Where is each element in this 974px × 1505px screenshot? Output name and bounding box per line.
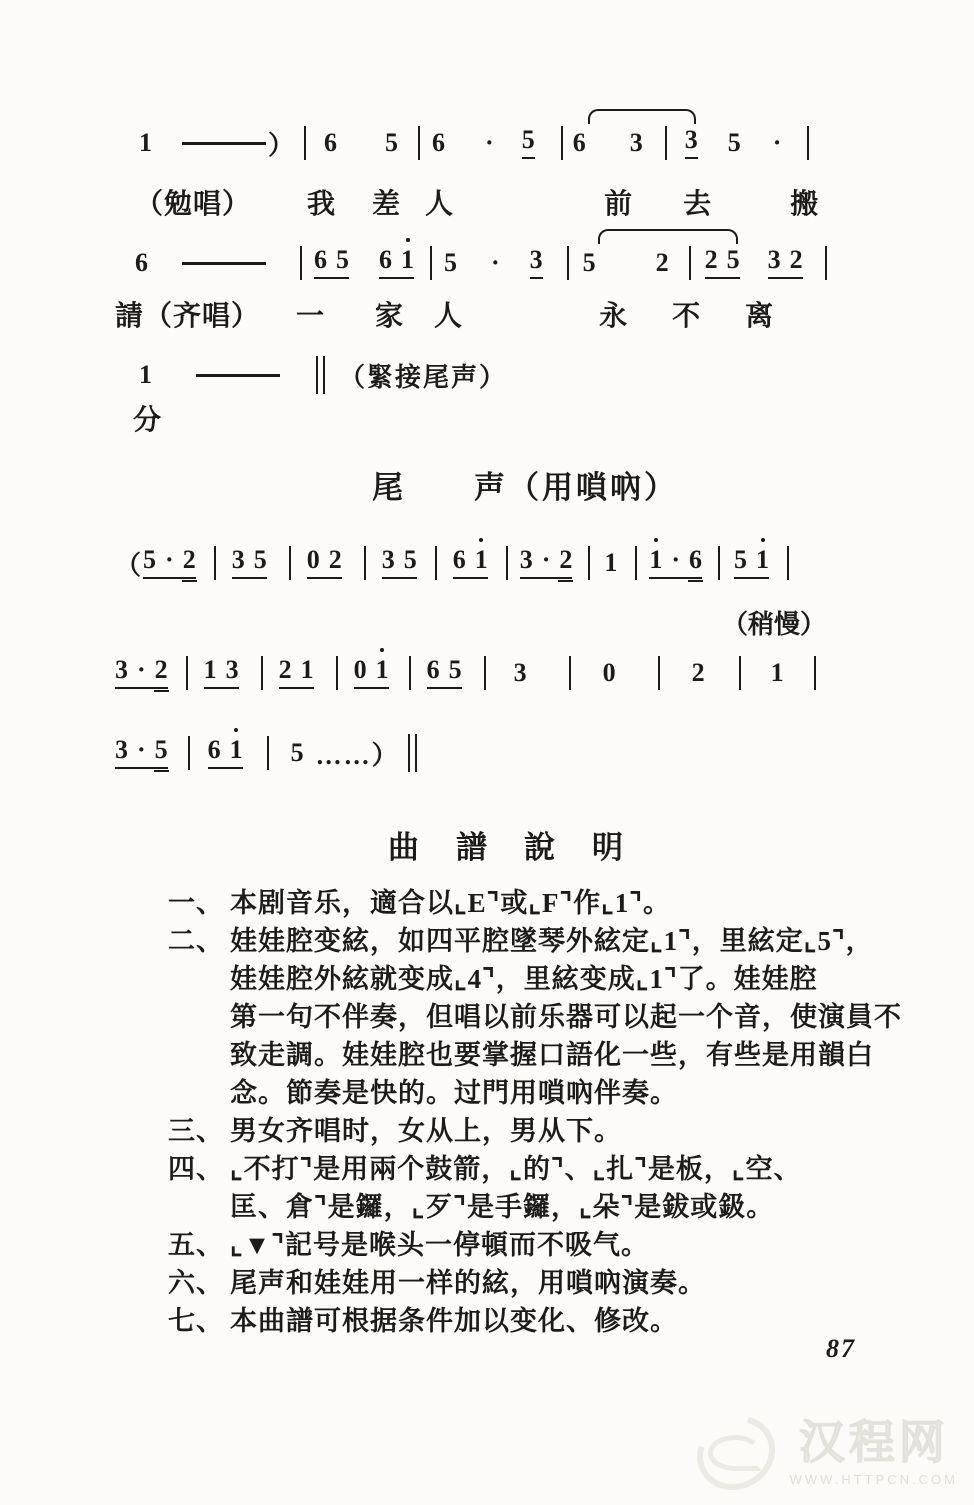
note-digit: 5: [449, 657, 462, 683]
score-text: （: [115, 545, 143, 582]
lyric-syllable: 搬: [790, 182, 819, 222]
barline: [430, 246, 432, 280]
list-item: 二、娃娃腔变絃，如四平腔墜琴外絃定⌞1⌝，里絃定⌞5⌝，娃娃腔外絃就变成⌞4⌝，…: [168, 922, 868, 1112]
score-text: ……）: [316, 735, 400, 772]
score-line-2-lyrics: 請（齐唱）一家人永不离: [115, 294, 774, 334]
note-group: 65: [427, 657, 462, 689]
barline: [364, 546, 366, 580]
note-digit: 2: [155, 657, 168, 683]
dot: ·: [671, 547, 680, 573]
note-digit: 6: [432, 130, 445, 156]
text-line: 尾声和娃娃用一样的絃，用嗩吶演奏。: [230, 1264, 868, 1302]
note-digit: 5: [254, 547, 267, 573]
list-item-text: 男女齐唱时，女从上，男从下。: [230, 1112, 868, 1150]
barline: [261, 656, 263, 690]
note-digit: 5: [444, 250, 457, 276]
list-item-text: ⌞▼⌝記号是喉头一停頓而不吸气。: [230, 1226, 868, 1264]
note-digit: 2: [279, 657, 292, 683]
coda-line-3: 3·5615……）: [115, 730, 417, 776]
list-item: 四、⌞不打⌝是用兩个鼓箭，⌞的⌝、⌞扎⌝是板，⌞空、匡、倉⌝是鑼，⌞歹⌝是手鑼，…: [168, 1150, 868, 1226]
note-digit: 5: [291, 740, 304, 766]
note-digit: 1: [204, 657, 217, 683]
watermark-brand: 汉程网: [799, 1420, 949, 1466]
note-group: 6: [432, 130, 445, 156]
sustain-dash: [182, 142, 266, 145]
lyric-syllable: 永: [599, 294, 628, 334]
barline: [336, 656, 338, 690]
barline: [188, 736, 190, 770]
barline: [300, 246, 302, 280]
lyric-syllable: 人: [425, 182, 454, 222]
barline: [304, 126, 306, 160]
tie-group: 225: [596, 246, 740, 280]
note-digit: 2: [692, 660, 705, 686]
note-digit: 6: [135, 250, 148, 276]
barline: [567, 246, 569, 280]
lyric-syllable: 前: [604, 182, 633, 222]
note-digit: 5: [155, 737, 168, 763]
list-item: 三、男女齐唱时，女从上，男从下。: [168, 1112, 868, 1150]
note-digit: 6: [689, 547, 702, 573]
lyric-syllable: 人: [434, 294, 463, 334]
lyric-syllable: 差: [372, 182, 401, 222]
note-group: 13: [204, 657, 239, 689]
note-digit: 5: [728, 130, 741, 156]
note-digit: 6: [453, 547, 466, 573]
barline: [718, 546, 720, 580]
text-line: ⌞▼⌝記号是喉头一停頓而不吸气。: [230, 1226, 868, 1264]
note-digit: 1: [756, 547, 769, 573]
barline: [484, 656, 486, 690]
barline: [787, 546, 789, 580]
note-group: 61: [453, 547, 488, 579]
score-line-3-notes: 1（緊接尾声）: [115, 352, 507, 398]
score-line-1-lyrics: （勉唱）我差人前去搬: [115, 182, 819, 222]
score-text: （緊接尾声）: [339, 357, 507, 394]
barline: [825, 246, 827, 280]
note-digit: 3: [520, 547, 533, 573]
note-group: 5·2: [143, 547, 196, 579]
note-group: 5: [728, 130, 741, 156]
list-item: 六、尾声和娃娃用一样的絃，用嗩吶演奏。: [168, 1264, 868, 1302]
note-digit: 2: [790, 247, 803, 273]
lyric-syllable: 請（齐唱）: [115, 294, 260, 334]
list-marker: 一、: [168, 884, 230, 922]
tie-group: 33: [586, 126, 698, 160]
note-group: 5: [522, 127, 535, 159]
note-group: 61: [379, 247, 414, 279]
note-group: ·: [491, 250, 500, 276]
text-line: 致走調。娃娃腔也要掌握口語化一些，有些是用韻白: [230, 1036, 902, 1074]
lyric-syllable: 分: [133, 398, 162, 438]
note-group: 35: [232, 547, 267, 579]
list-marker: 二、: [168, 922, 230, 1112]
text-line: 本曲譜可根据条件加以变化、修改。: [230, 1302, 868, 1340]
note-group: 5: [385, 130, 398, 156]
score-line-3-lyrics: 分: [115, 398, 162, 438]
text-line: 第一句不伴奏，但唱以前乐器可以起一个音，使演員不: [230, 998, 902, 1036]
note-group: 3: [514, 660, 527, 686]
dot: ·: [165, 547, 174, 573]
barline: [409, 656, 411, 690]
note-digit: 2: [656, 250, 669, 276]
text-line: 匡、倉⌝是鑼，⌞歹⌝是手鑼，⌞朵⌝是鈸或鈒。: [230, 1188, 868, 1226]
note-group: ·: [773, 130, 782, 156]
note-digit: 1: [139, 130, 152, 156]
barline: [635, 546, 637, 580]
barline: [739, 656, 741, 690]
barline: [807, 126, 809, 160]
note-group: 2: [656, 250, 669, 276]
lyric-syllable: 家: [375, 294, 404, 334]
text-line: 本剧音乐，適合以⌞E⌝或⌞F⌝作⌞1⌝。: [230, 884, 868, 922]
text-line: ⌞不打⌝是用兩个鼓箭，⌞的⌝、⌞扎⌝是板，⌞空、: [230, 1150, 868, 1188]
barline: [435, 546, 437, 580]
list-item-text: 娃娃腔变絃，如四平腔墜琴外絃定⌞1⌝，里絃定⌞5⌝，娃娃腔外絃就变成⌞4⌝，里絃…: [230, 922, 902, 1112]
note-group: 3: [530, 247, 543, 279]
note-digit: 6: [573, 130, 586, 156]
note-digit: 5: [143, 547, 156, 573]
dot: ·: [485, 130, 494, 156]
note-digit: 5: [522, 127, 535, 153]
barline: [214, 546, 216, 580]
note-digit: 5: [727, 247, 740, 273]
sustain-dash: [182, 262, 266, 265]
tempo-annotation: （稍慢）: [722, 604, 826, 641]
note-digit: 5: [734, 547, 747, 573]
tie-arc: [598, 229, 738, 244]
list-marker: 四、: [168, 1150, 230, 1226]
note-group: 6: [324, 130, 337, 156]
note-group: 3·5: [115, 737, 168, 769]
note-digit: 3: [226, 657, 239, 683]
note-group: 5: [583, 250, 596, 276]
coda-line-1: （5·2350235613·211·651: [115, 540, 789, 586]
list-item-text: 本曲譜可根据条件加以变化、修改。: [230, 1302, 868, 1340]
note-digit: 3: [768, 247, 781, 273]
barline: [186, 656, 188, 690]
note-digit: 3: [382, 547, 395, 573]
note-group: 3·2: [520, 547, 573, 579]
sustain-dash: [196, 374, 280, 377]
note-digit: 1: [139, 362, 152, 388]
watermark-swirl2-icon: [708, 1435, 762, 1471]
list-marker: 三、: [168, 1112, 230, 1150]
note-digit: 6: [314, 247, 327, 273]
double-barline: [316, 356, 325, 394]
note-digit: 2: [705, 247, 718, 273]
note-group: 6: [573, 130, 586, 156]
list-item-text: 尾声和娃娃用一样的絃，用嗩吶演奏。: [230, 1264, 868, 1302]
text-line: 念。節奏是快的。过門用嗩吶伴奏。: [230, 1074, 902, 1112]
note-group: 5: [291, 740, 304, 766]
note-digit: 1: [401, 247, 414, 273]
list-item: 五、⌞▼⌝記号是喉头一停頓而不吸气。: [168, 1226, 868, 1264]
note-digit: 3: [232, 547, 245, 573]
list-marker: 五、: [168, 1226, 230, 1264]
note-digit: 1: [230, 737, 243, 763]
text-line: 娃娃腔外絃就变成⌞4⌝，里絃变成⌞1⌝了。娃娃腔: [230, 960, 902, 998]
note-digit: 2: [329, 547, 342, 573]
note-group: 02: [307, 547, 342, 579]
score-line-1-notes: 1）656·56335·: [115, 120, 809, 166]
note-group: 3: [630, 130, 643, 156]
note-group: 1: [139, 130, 152, 156]
list-marker: 六、: [168, 1264, 230, 1302]
note-digit: 0: [307, 547, 320, 573]
note-digit: 3: [115, 737, 128, 763]
note-group: 35: [382, 547, 417, 579]
list-item: 七、本曲譜可根据条件加以变化、修改。: [168, 1302, 868, 1340]
coda-title: 尾 声（用嗩吶）: [372, 462, 678, 507]
notes-list: 一、本剧音乐，適合以⌞E⌝或⌞F⌝作⌞1⌝。二、娃娃腔变絃，如四平腔墜琴外絃定⌞…: [168, 884, 868, 1340]
note-group: 3·2: [115, 657, 168, 689]
note-group: 0: [603, 660, 616, 686]
barline: [289, 546, 291, 580]
note-digit: 6: [208, 737, 221, 763]
double-barline: [408, 734, 417, 772]
lyric-syllable: 离: [745, 294, 774, 334]
tie-arc: [588, 109, 696, 124]
dot: ·: [773, 130, 782, 156]
list-item-text: 本剧音乐，適合以⌞E⌝或⌞F⌝作⌞1⌝。: [230, 884, 868, 922]
barline: [267, 736, 269, 770]
note-digit: 5: [404, 547, 417, 573]
note-group: 32: [768, 247, 803, 279]
note-digit: 1: [604, 550, 617, 576]
barline: [689, 246, 691, 280]
note-digit: 2: [183, 547, 196, 573]
watermark-logo-icon: [690, 1411, 782, 1495]
note-group: 21: [279, 657, 314, 689]
text-line: 娃娃腔变絃，如四平腔墜琴外絃定⌞1⌝，里絃定⌞5⌝，: [230, 922, 902, 960]
note-digit: 1: [376, 657, 389, 683]
watermark-text: 汉程网 WWW.HTTPCN.COM: [790, 1420, 958, 1487]
note-digit: 0: [354, 657, 367, 683]
barline: [665, 126, 667, 160]
note-group: 2: [692, 660, 705, 686]
note-group: 5: [444, 250, 457, 276]
barline: [506, 546, 508, 580]
note-digit: 6: [379, 247, 392, 273]
note-group: 65: [314, 247, 349, 279]
dot: ·: [137, 737, 146, 763]
note-digit: 5: [583, 250, 596, 276]
barline: [588, 546, 590, 580]
barline: [418, 126, 420, 160]
note-digit: 5: [336, 247, 349, 273]
lyric-syllable: 一: [296, 294, 325, 334]
note-digit: 3: [514, 660, 527, 686]
note-group: 1: [139, 362, 152, 388]
dot: ·: [491, 250, 500, 276]
note-group: 6: [135, 250, 148, 276]
watermark: 汉程网 WWW.HTTPCN.COM: [690, 1411, 958, 1495]
note-digit: 6: [324, 130, 337, 156]
dot: ·: [137, 657, 146, 683]
list-marker: 七、: [168, 1302, 230, 1340]
notes-section-title: 曲 譜 說 明: [388, 822, 626, 867]
note-group: 61: [208, 737, 243, 769]
barline: [814, 656, 816, 690]
note-digit: 3: [115, 657, 128, 683]
lyric-syllable: 不: [672, 294, 701, 334]
note-digit: 5: [385, 130, 398, 156]
note-group: 1: [604, 550, 617, 576]
note-digit: 3: [530, 247, 543, 273]
note-group: 1·6: [649, 547, 702, 579]
scanned-score-page: 1）656·56335· （勉唱）我差人前去搬 665615·3522532 請…: [0, 0, 974, 1505]
list-item-text: ⌞不打⌝是用兩个鼓箭，⌞的⌝、⌞扎⌝是板，⌞空、匡、倉⌝是鑼，⌞歹⌝是手鑼，⌞朵…: [230, 1150, 868, 1226]
lyric-syllable: 我: [307, 182, 336, 222]
note-group: ·: [485, 130, 494, 156]
list-item: 一、本剧音乐，適合以⌞E⌝或⌞F⌝作⌞1⌝。: [168, 884, 868, 922]
page-number: 87: [826, 1334, 856, 1364]
note-group: 25: [705, 247, 740, 279]
score-text: ）: [268, 125, 296, 162]
lyric-syllable: 去: [683, 182, 712, 222]
note-digit: 0: [603, 660, 616, 686]
note-group: 3: [685, 127, 698, 159]
note-digit: 6: [427, 657, 440, 683]
watermark-site: WWW.HTTPCN.COM: [790, 1472, 958, 1487]
barline: [569, 656, 571, 690]
note-digit: 3: [630, 130, 643, 156]
note-group: 01: [354, 657, 389, 689]
dot: ·: [542, 547, 551, 573]
barline: [658, 656, 660, 690]
note-digit: 1: [649, 547, 662, 573]
barline: [561, 126, 563, 160]
note-group: 1: [771, 660, 784, 686]
note-digit: 1: [475, 547, 488, 573]
note-group: 51: [734, 547, 769, 579]
note-digit: 1: [301, 657, 314, 683]
coda-line-2: 3·2132101653021: [115, 650, 816, 696]
score-line-2-notes: 665615·3522532: [115, 240, 827, 286]
note-digit: 1: [771, 660, 784, 686]
lyric-syllable: （勉唱）: [135, 182, 251, 222]
note-digit: 2: [559, 547, 572, 573]
text-line: 男女齐唱时，女从上，男从下。: [230, 1112, 868, 1150]
note-digit: 3: [685, 127, 698, 153]
